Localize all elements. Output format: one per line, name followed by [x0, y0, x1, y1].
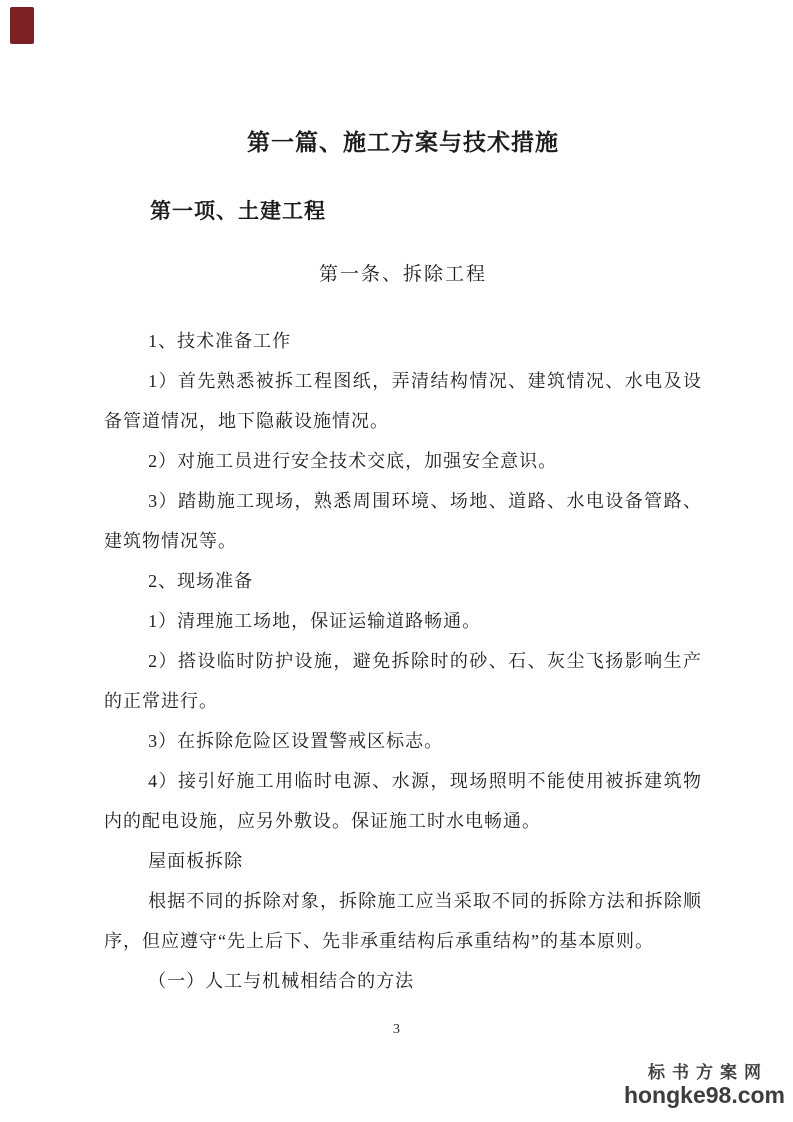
- corner-stamp: [10, 7, 34, 44]
- sub-heading: 第一条、拆除工程: [104, 262, 702, 288]
- watermark-site-url: hongke98.com: [624, 1083, 785, 1108]
- page-number: 3: [0, 1022, 793, 1038]
- paragraph-list: 1、技术准备工作1）首先熟悉被拆工程图纸，弄清结构情况、建筑情况、水电及设备管道…: [104, 321, 702, 1001]
- watermark: 标书方案网 hongke98.com: [624, 1064, 785, 1108]
- paragraph: 1、技术准备工作: [104, 321, 702, 361]
- document-page: 第一篇、施工方案与技术措施 第一项、土建工程 第一条、拆除工程 1、技术准备工作…: [0, 0, 793, 1122]
- paragraph: 屋面板拆除: [104, 841, 702, 881]
- document-title: 第一篇、施工方案与技术措施: [104, 127, 702, 157]
- paragraph: 2）搭设临时防护设施，避免拆除时的砂、石、灰尘飞扬影响生产的正常进行。: [104, 641, 702, 721]
- watermark-site-name: 标书方案网: [624, 1064, 785, 1083]
- paragraph: 3）在拆除危险区设置警戒区标志。: [104, 721, 702, 761]
- paragraph: 根据不同的拆除对象，拆除施工应当采取不同的拆除方法和拆除顺序，但应遵守“先上后下…: [104, 881, 702, 961]
- paragraph: 1）首先熟悉被拆工程图纸，弄清结构情况、建筑情况、水电及设备管道情况，地下隐蔽设…: [104, 361, 702, 441]
- paragraph: 2、现场准备: [104, 561, 702, 601]
- paragraph: 1）清理施工场地，保证运输道路畅通。: [104, 601, 702, 641]
- paragraph: 3）踏勘施工现场，熟悉周围环境、场地、道路、水电设备管路、建筑物情况等。: [104, 481, 702, 561]
- paragraph: 4）接引好施工用临时电源、水源，现场照明不能使用被拆建筑物内的配电设施，应另外敷…: [104, 761, 702, 841]
- section-heading: 第一项、土建工程: [104, 198, 702, 226]
- paragraph: （一）人工与机械相结合的方法: [104, 961, 702, 1001]
- document-content: 第一篇、施工方案与技术措施 第一项、土建工程 第一条、拆除工程 1、技术准备工作…: [104, 0, 702, 1001]
- paragraph: 2）对施工员进行安全技术交底，加强安全意识。: [104, 441, 702, 481]
